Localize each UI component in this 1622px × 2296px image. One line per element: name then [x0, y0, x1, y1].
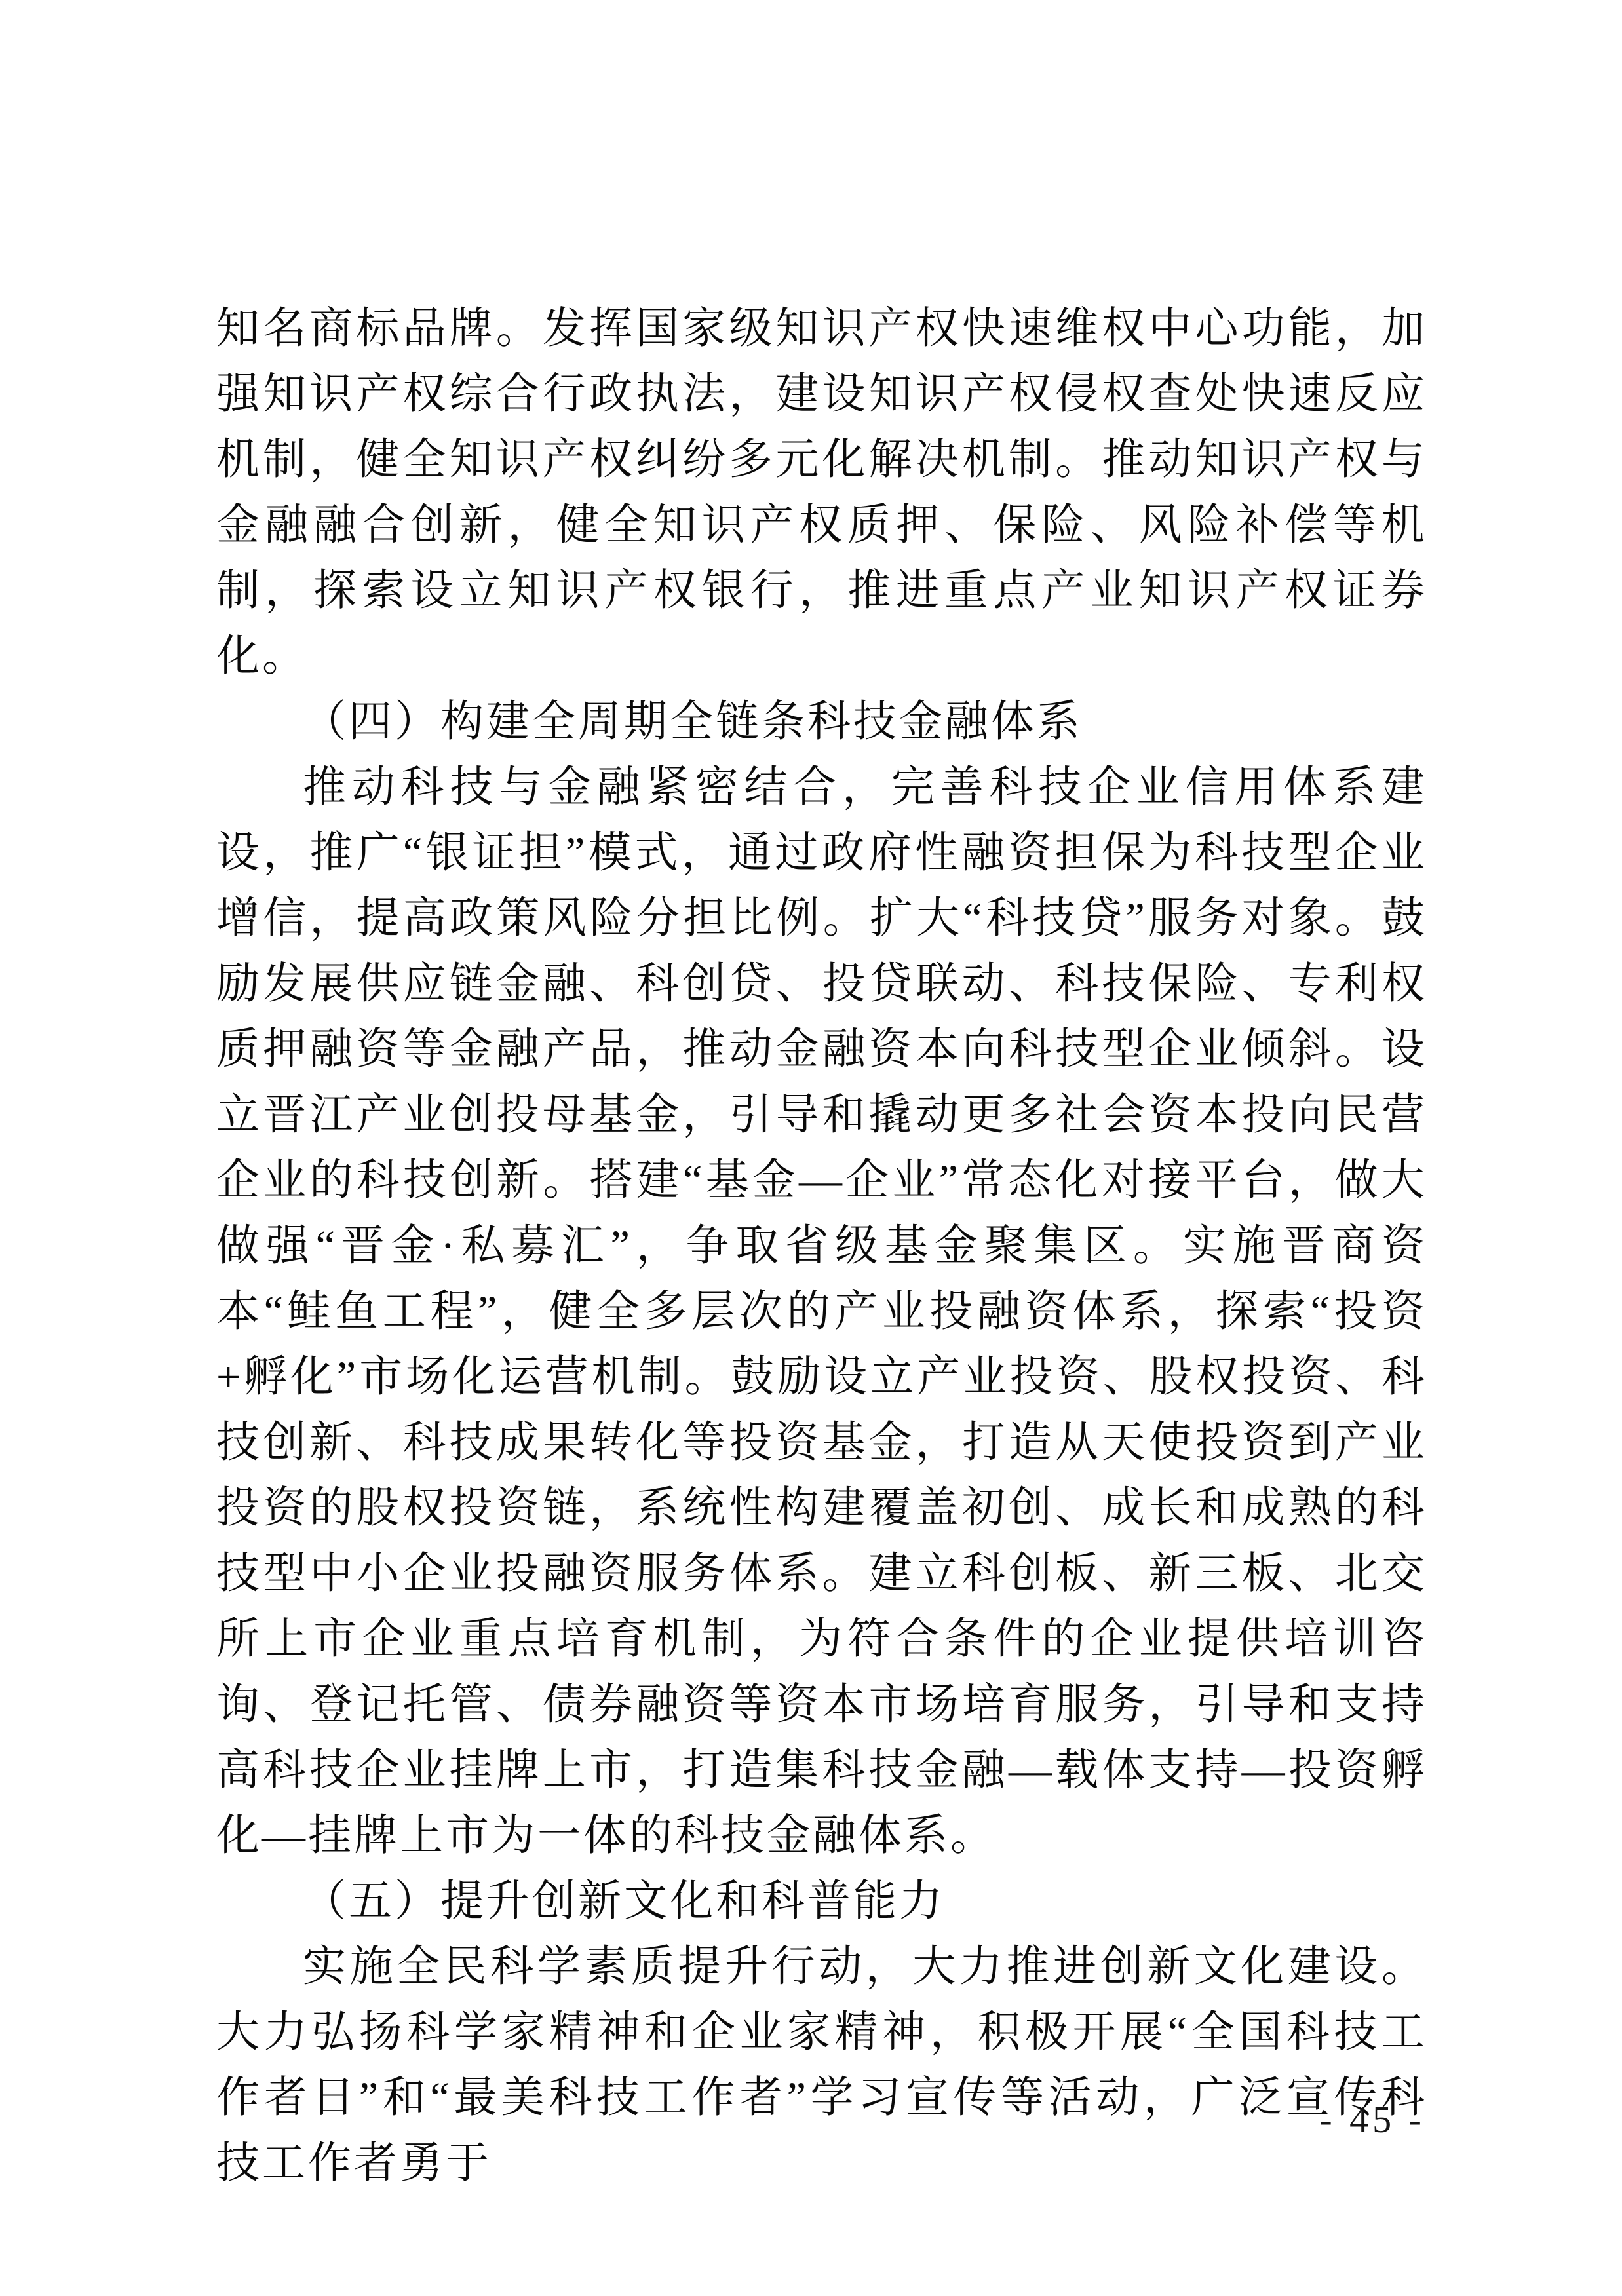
page-number: - 45 -	[1319, 2100, 1425, 2139]
paragraph-ip-finance-continuation: 知名商标品牌。发挥国家级知识产权快速维权中心功能，加强知识产权综合行政执法，建设…	[216, 296, 1427, 689]
document-page: 知名商标品牌。发挥国家级知识产权快速维权中心功能，加强知识产权综合行政执法，建设…	[0, 0, 1622, 2296]
paragraph-sci-tech-finance-body: 推动科技与金融紧密结合，完善科技企业信用体系建设，推广“银证担”模式，通过政府性…	[216, 755, 1427, 1869]
section-heading-4: （四）构建全周期全链条科技金融体系	[216, 689, 1427, 755]
section-heading-5: （五）提升创新文化和科普能力	[216, 1869, 1427, 1934]
document-body: 知名商标品牌。发挥国家级知识产权快速维权中心功能，加强知识产权综合行政执法，建设…	[216, 296, 1427, 2196]
paragraph-innovation-culture-body: 实施全民科学素质提升行动，大力推进创新文化建设。大力弘扬科学家精神和企业家精神，…	[216, 1934, 1427, 2196]
